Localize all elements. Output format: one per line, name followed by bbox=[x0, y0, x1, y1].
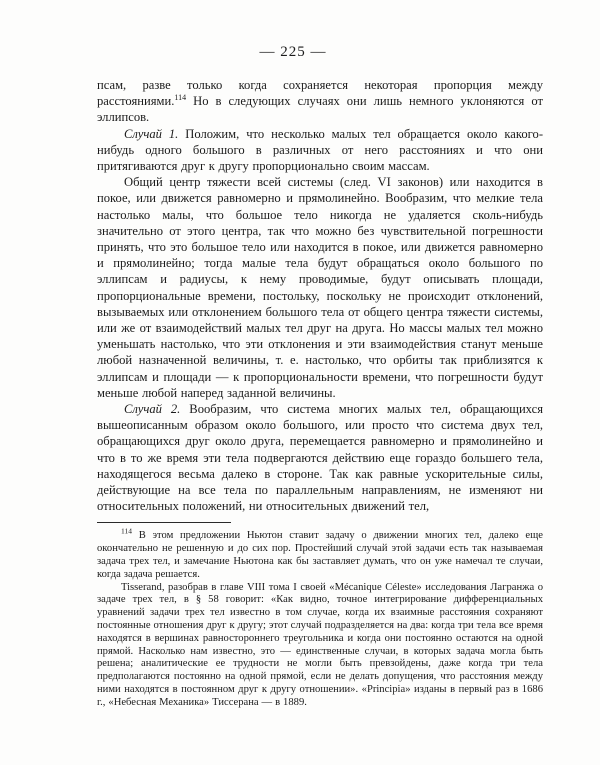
footnote-reference: 114 bbox=[174, 93, 186, 102]
case-2-lead: Случай 2. bbox=[124, 402, 180, 416]
footnote-marker: 114 bbox=[121, 527, 132, 536]
footnote-text: В этом предложении Ньютон ставит задачу … bbox=[97, 530, 543, 579]
paragraph-continuation: псам, разве только когда сохраняется нек… bbox=[97, 77, 543, 126]
footnote-tisserand: Tisserand, разобрав в главе VIII тома I … bbox=[97, 582, 543, 710]
footnote-separator bbox=[97, 522, 231, 523]
case-1-lead: Случай 1. bbox=[124, 127, 178, 141]
paragraph-case-2: Случай 2. Вообразим, что система многих … bbox=[97, 401, 543, 514]
footnote-text: Tisserand, разобрав в главе VIII тома I … bbox=[97, 582, 543, 708]
page-number: — 225 — bbox=[70, 44, 516, 61]
paragraph-text: Вообразим, что система многих малых тел,… bbox=[97, 402, 543, 513]
paragraph-center-of-gravity: Общий центр тяжести всей системы (след. … bbox=[97, 174, 543, 401]
paragraph-case-1: Случай 1. Положим, что несколько малых т… bbox=[97, 126, 543, 175]
footnote-114: 114 В этом предложении Ньютон ставит зад… bbox=[97, 530, 543, 581]
paragraph-text: Общий центр тяжести всей системы (след. … bbox=[97, 175, 543, 400]
footnotes-section: 114 В этом предложении Ньютон ставит зад… bbox=[97, 530, 543, 709]
body-text: псам, разве только когда сохраняется нек… bbox=[97, 77, 543, 514]
book-page: — 225 — псам, разве только когда сохраня… bbox=[0, 0, 600, 765]
